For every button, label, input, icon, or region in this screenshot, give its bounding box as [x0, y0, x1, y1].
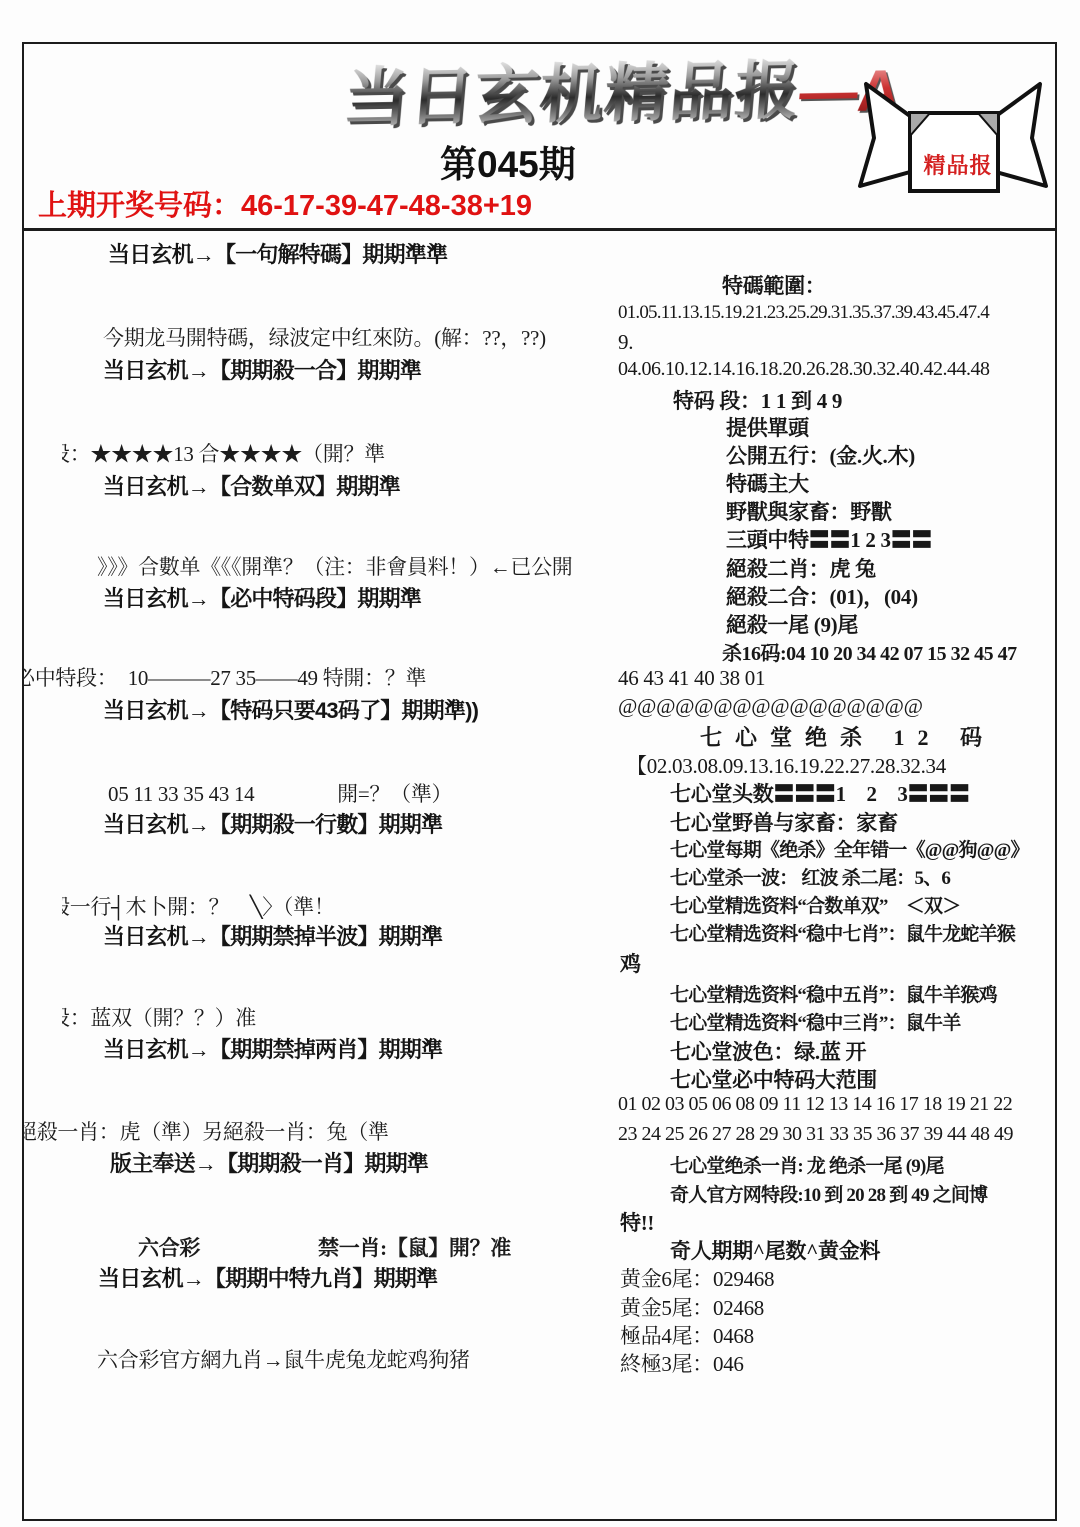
right-line: 01 02 03 05 06 08 09 11 12 13 14 16 17 1… — [618, 1093, 1012, 1116]
left-note: 六合彩官方網九肖→鼠牛虎兔龙蛇鸡狗猪 — [97, 1344, 470, 1374]
right-line: 杀16码:04 10 20 34 42 07 15 32 45 47 — [722, 637, 1017, 666]
right-line: 七心堂每期《绝杀》全年错一《@@狗@@》 — [670, 835, 1029, 862]
right-line: 特碼範圍： — [722, 270, 826, 300]
left-note: 六合彩 — [138, 1232, 200, 1262]
left-head: 当日玄机→【期期禁掉半波】期期準 — [103, 920, 442, 951]
right-line: 提供單頭 — [726, 412, 809, 442]
left-head: 当日玄机→【期期禁掉两肖】期期準 — [103, 1033, 442, 1064]
left-head: 当日玄机→【期期中特九肖】期期準 — [98, 1262, 437, 1293]
right-line: 絕殺二肖：虎 兔 — [726, 553, 876, 583]
issue-number: 第045期 — [440, 134, 576, 188]
right-line: 奇人期期^尾数^黄金料 — [670, 1235, 880, 1265]
right-line: 七心堂必中特码大范围 — [670, 1064, 877, 1094]
left-note: 殺一行┤木卜開：？ ╲〉（準！ — [62, 891, 335, 921]
page-title: 当日玄机精品报—A — [340, 37, 909, 139]
right-line: 三頭中特〓〓1 2 3〓〓 — [726, 524, 932, 554]
left-note: 必中特段： 10———27 35——49 特開：？準 — [24, 662, 426, 692]
left-head: 当日玄机→【期期殺一行數】期期準 — [103, 808, 442, 839]
right-line: 七心堂精选资料“稳中五肖”：鼠牛羊猴鸡 — [670, 980, 997, 1007]
right-line: 七心堂杀一波： 红波 杀二尾：5、6 — [670, 863, 950, 890]
left-note: 絕殺一肖：虎（準）另絕殺一肖：兔（準 — [24, 1116, 389, 1146]
right-line: 七心堂精选资料“合数单双” ＜双＞ — [670, 891, 960, 918]
right-line: 奇人官方网特段:10 到 20 28 到 49 之间博 — [670, 1180, 987, 1207]
previous-draw-numbers: 上期开奖号码：46-17-39-47-48-38+19 — [38, 183, 532, 224]
right-line: 七心堂精选资料“稳中三肖”：鼠牛羊 — [670, 1008, 960, 1035]
ribbon-banner-icon — [858, 80, 1048, 198]
right-line: 絕殺一尾 (9)尾 — [726, 609, 858, 639]
right-line: 極品4尾：0468 — [620, 1320, 754, 1350]
left-head: 当日玄机→【特码只要43码了】期期準)) — [103, 694, 478, 725]
left-note: 今期龙马開特碼，绿波定中红來防。(解：??，??) — [103, 322, 546, 352]
right-line: 黄金5尾：02468 — [620, 1292, 764, 1322]
right-line: 野獸與家畜：野獸 — [726, 496, 892, 526]
right-line: 46 43 41 40 38 01 — [618, 666, 765, 691]
title-main: 当日玄机精品报 — [341, 54, 803, 134]
right-line: 七心堂精选资料“稳中七肖”：鼠牛龙蛇羊猴 — [670, 919, 1015, 946]
left-head: 当日玄机→【必中特码段】期期準 — [103, 582, 421, 613]
right-line: 特!! — [620, 1207, 654, 1237]
right-line: 01.05.11.13.15.19.21.23.25.29.31.35.37.3… — [618, 302, 989, 324]
right-line: 七心堂野兽与家畜：家畜 — [670, 807, 898, 837]
left-note: 禁一肖:【鼠】開？准 — [318, 1232, 511, 1262]
right-line: 公開五行：(金.火.木) — [726, 440, 915, 470]
right-line: 絕殺二合：(01)，(04) — [726, 581, 918, 611]
right-line: 9. — [618, 330, 633, 355]
right-line: @@@@@@@@@@@@@@@@ — [618, 694, 923, 719]
right-line: 鸡 — [620, 948, 641, 978]
right-line: 特码 段：1 1 到 4 9 — [673, 385, 842, 415]
right-line: 04.06.10.12.14.16.18.20.26.28.30.32.40.4… — [618, 358, 990, 381]
right-line: 【02.03.08.09.13.16.19.22.27.28.32.34 — [626, 750, 946, 780]
left-head: 当日玄机→【一句解特碼】期期準準 — [108, 238, 447, 269]
left-head: 当日玄机→【期期殺一合】期期準 — [103, 354, 421, 385]
left-note: 05 11 33 35 43 14 開=？（準） — [108, 778, 452, 808]
right-line: 七心堂头数〓〓〓1 2 3〓〓〓 — [670, 778, 970, 808]
left-note: 》》》合數单《《《開準？（注：非會員料！）←已公開 — [97, 551, 573, 581]
right-line: 七心堂绝杀一肖: 龙 绝杀一尾 (9)尾 — [670, 1151, 944, 1178]
right-line: 特碼主大 — [726, 468, 809, 498]
header-divider — [22, 228, 1057, 231]
tip-sheet-page: 当日玄机精品报—A 第045期 上期开奖号码：46-17-39-47-48-38… — [0, 0, 1080, 1527]
ribbon-label: 精品报 — [916, 149, 1000, 180]
right-line: 七心堂绝杀 12 码 — [700, 721, 995, 752]
right-line: 23 24 25 26 27 28 29 30 31 33 35 36 37 3… — [618, 1123, 1013, 1146]
left-head: 当日玄机→【合数单双】期期準 — [103, 470, 400, 501]
left-head: 版主奉送→【期期殺一肖】期期準 — [110, 1147, 428, 1178]
right-line: 終極3尾：046 — [620, 1348, 744, 1378]
right-line: 黄金6尾：029468 — [620, 1263, 774, 1293]
left-note: 段：蓝双（開？？）准 — [62, 1002, 256, 1032]
right-line: 七心堂波色：绿.蓝 开 — [670, 1036, 866, 1066]
left-note: 段：★★★★13 合★★★★（開？準 — [62, 438, 385, 468]
